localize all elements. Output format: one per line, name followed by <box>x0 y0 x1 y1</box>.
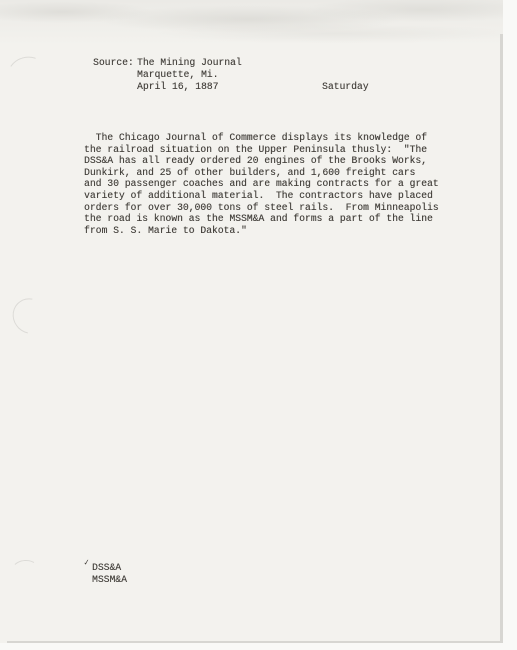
article-line: The Chicago Journal of Commerce displays… <box>84 132 439 144</box>
source-date: April 16, 1887 <box>137 81 218 93</box>
article-line: orders for over 30,000 tons of steel rai… <box>84 202 439 214</box>
source-publication: The Mining Journal <box>137 57 242 69</box>
article-line: variety of additional material. The cont… <box>84 190 439 202</box>
scan-edge-right-margin <box>503 0 517 650</box>
scan-edge-right-line <box>500 34 503 643</box>
source-location: Marquette, Mi. <box>137 69 218 81</box>
paper-crease-mark <box>5 52 48 90</box>
checkmark-icon: ✓ <box>83 558 90 569</box>
article-line: from S. S. Marie to Dakota." <box>84 225 439 237</box>
index-term-dssa: DSS&A <box>92 562 121 574</box>
scan-edge-bottom-margin <box>0 643 517 650</box>
scan-edge-bottom-line <box>7 641 503 643</box>
source-label: Source: <box>93 57 134 69</box>
article-paragraph: The Chicago Journal of Commerce displays… <box>84 132 439 236</box>
article-line: DSS&A has all ready ordered 20 engines o… <box>84 155 439 167</box>
scan-noise-texture <box>0 0 517 48</box>
paper-crease-mark <box>6 292 54 341</box>
article-line: Dunkirk, and 25 of other builders, and 1… <box>84 167 439 179</box>
document-page: Source: The Mining Journal Marquette, Mi… <box>0 0 517 650</box>
paper-crease-mark <box>11 559 39 580</box>
article-line: the railroad situation on the Upper Peni… <box>84 144 439 156</box>
source-weekday: Saturday <box>322 81 369 93</box>
article-line: and 30 passenger coaches and are making … <box>84 178 439 190</box>
index-term-mssma: MSSM&A <box>92 574 127 586</box>
article-line: the road is known as the MSSM&A and form… <box>84 213 439 225</box>
